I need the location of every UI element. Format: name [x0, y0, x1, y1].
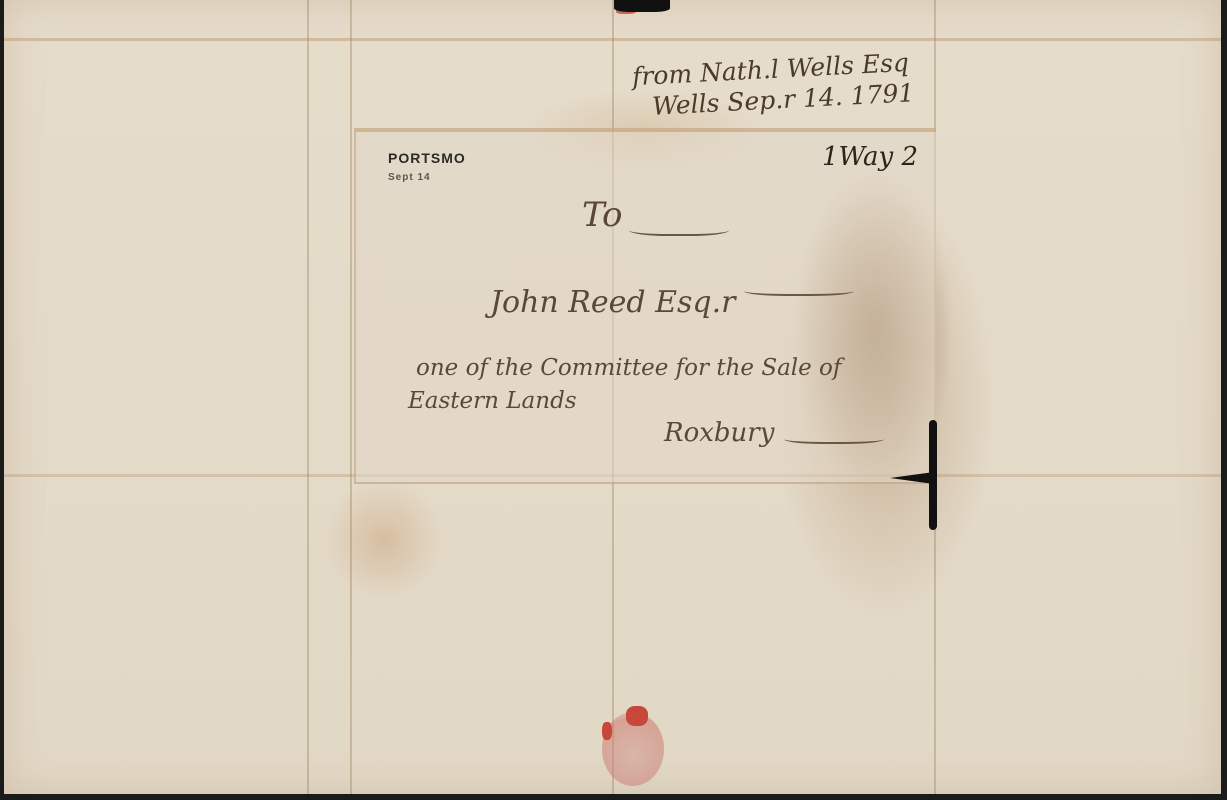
letter-paper: from Nath.l Wells Esq Wells Sep.r 14. 17…: [4, 0, 1221, 794]
wax-seal-fragment: [626, 706, 648, 726]
postage-rate: 1Way 2: [822, 142, 918, 172]
salutation: To: [582, 195, 623, 235]
flourish: [629, 222, 729, 236]
fold-line: [350, 0, 352, 794]
fold-line: [4, 38, 1221, 41]
fold-line: [307, 0, 309, 794]
postmark-town: PORTSMO: [388, 150, 466, 166]
postmark-date: Sept 14: [388, 172, 431, 183]
addressee-name: John Reed Esq.r: [490, 285, 735, 320]
address-line-2: Eastern Lands: [408, 388, 577, 414]
address-place: Roxbury: [664, 418, 774, 448]
wax-seal-fragment: [602, 722, 612, 740]
address-line-1: one of the Committee for the Sale of: [416, 355, 841, 381]
flourish: [744, 284, 854, 296]
paper-tear: [614, 0, 670, 12]
flourish: [784, 432, 884, 444]
